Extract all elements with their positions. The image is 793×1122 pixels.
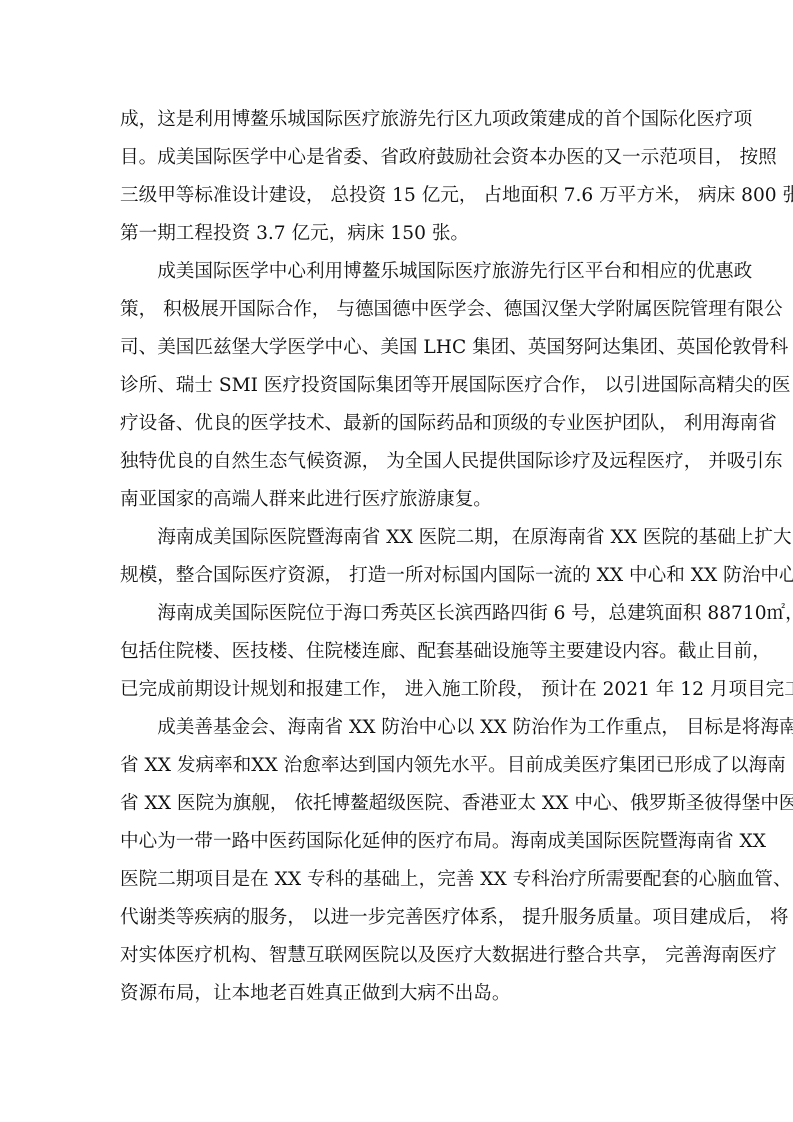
text-line: 海南成美国际医院位于海口秀英区长滨西路四街 6 号，总建筑面积 88710㎡， xyxy=(120,595,680,633)
text-line: 资源布局，让本地老百姓真正做到大病不出岛。 xyxy=(120,975,680,1013)
text-line: 独特优良的自然生态气候资源， 为全国人民提供国际诊疗及远程医疗， 并吸引东 xyxy=(120,443,680,481)
text-line: 成美国际医学中心利用博鳌乐城国际医疗旅游先行区平台和相应的优惠政 xyxy=(120,253,680,291)
paragraph-location-construction: 海南成美国际医院位于海口秀英区长滨西路四街 6 号，总建筑面积 88710㎡， … xyxy=(120,595,680,709)
text-line: 海南成美国际医院暨海南省 XX 医院二期，在原海南省 XX 医院的基础上扩大 xyxy=(120,519,680,557)
text-line: 省 XX 医院为旗舰， 依托博鳌超级医院、香港亚太 XX 中心、俄罗斯圣彼得堡中… xyxy=(120,785,680,823)
text-line: 成美善基金会、海南省 XX 防治中心以 XX 防治作为工作重点， 目标是将海南 xyxy=(120,709,680,747)
text-line: 目。成美国际医学中心是省委、省政府鼓励社会资本办医的又一示范项目， 按照 xyxy=(120,139,680,177)
text-line: 成，这是利用博鳌乐城国际医疗旅游先行区九项政策建成的首个国际化医疗项 xyxy=(120,101,680,139)
paragraph-project-overview: 成，这是利用博鳌乐城国际医疗旅游先行区九项政策建成的首个国际化医疗项 目。成美国… xyxy=(120,101,680,253)
text-line: 医院二期项目是在 XX 专科的基础上，完善 XX 专科治疗所需要配套的心脑血管、 xyxy=(120,861,680,899)
text-line: 已完成前期设计规划和报建工作， 进入施工阶段， 预计在 2021 年 12 月项… xyxy=(120,671,680,709)
text-line: 疗设备、优良的医学技术、最新的国际药品和顶级的专业医护团队， 利用海南省 xyxy=(120,405,680,443)
text-line: 诊所、瑞士 SMI 医疗投资国际集团等开展国际医疗合作， 以引进国际高精尖的医 xyxy=(120,367,680,405)
text-line: 规模，整合国际医疗资源， 打造一所对标国内国际一流的 XX 中心和 XX 防治中… xyxy=(120,557,680,595)
text-line: 南亚国家的高端人群来此进行医疗旅游康复。 xyxy=(120,481,680,519)
text-line: 策， 积极展开国际合作， 与德国德中医学会、德国汉堡大学附属医院管理有限公 xyxy=(120,291,680,329)
text-line: 代谢类等疾病的服务， 以进一步完善医疗体系， 提升服务质量。项目建成后， 将 xyxy=(120,899,680,937)
paragraph-international-cooperation: 成美国际医学中心利用博鳌乐城国际医疗旅游先行区平台和相应的优惠政 策， 积极展开… xyxy=(120,253,680,519)
text-line: 中心为一带一路中医药国际化延伸的医疗布局。海南成美国际医院暨海南省 XX xyxy=(120,823,680,861)
paragraph-foundation-goals: 成美善基金会、海南省 XX 防治中心以 XX 防治作为工作重点， 目标是将海南 … xyxy=(120,709,680,1013)
text-line: 三级甲等标准设计建设， 总投资 15 亿元， 占地面积 7.6 万平方米， 病床… xyxy=(120,177,680,215)
text-line: 第一期工程投资 3.7 亿元，病床 150 张。 xyxy=(120,215,680,253)
document-page: 成，这是利用博鳌乐城国际医疗旅游先行区九项政策建成的首个国际化医疗项 目。成美国… xyxy=(120,101,680,1013)
text-line: 包括住院楼、医技楼、住院楼连廊、配套基础设施等主要建设内容。截止目前， xyxy=(120,633,680,671)
text-line: 省 XX 发病率和XX 治愈率达到国内领先水平。目前成美医疗集团已形成了以海南 xyxy=(120,747,680,785)
paragraph-phase-two: 海南成美国际医院暨海南省 XX 医院二期，在原海南省 XX 医院的基础上扩大 规… xyxy=(120,519,680,595)
text-line: 对实体医疗机构、智慧互联网医院以及医疗大数据进行整合共享， 完善海南医疗 xyxy=(120,937,680,975)
text-line: 司、美国匹兹堡大学医学中心、美国 LHC 集团、英国努阿达集团、英国伦敦骨科 xyxy=(120,329,680,367)
